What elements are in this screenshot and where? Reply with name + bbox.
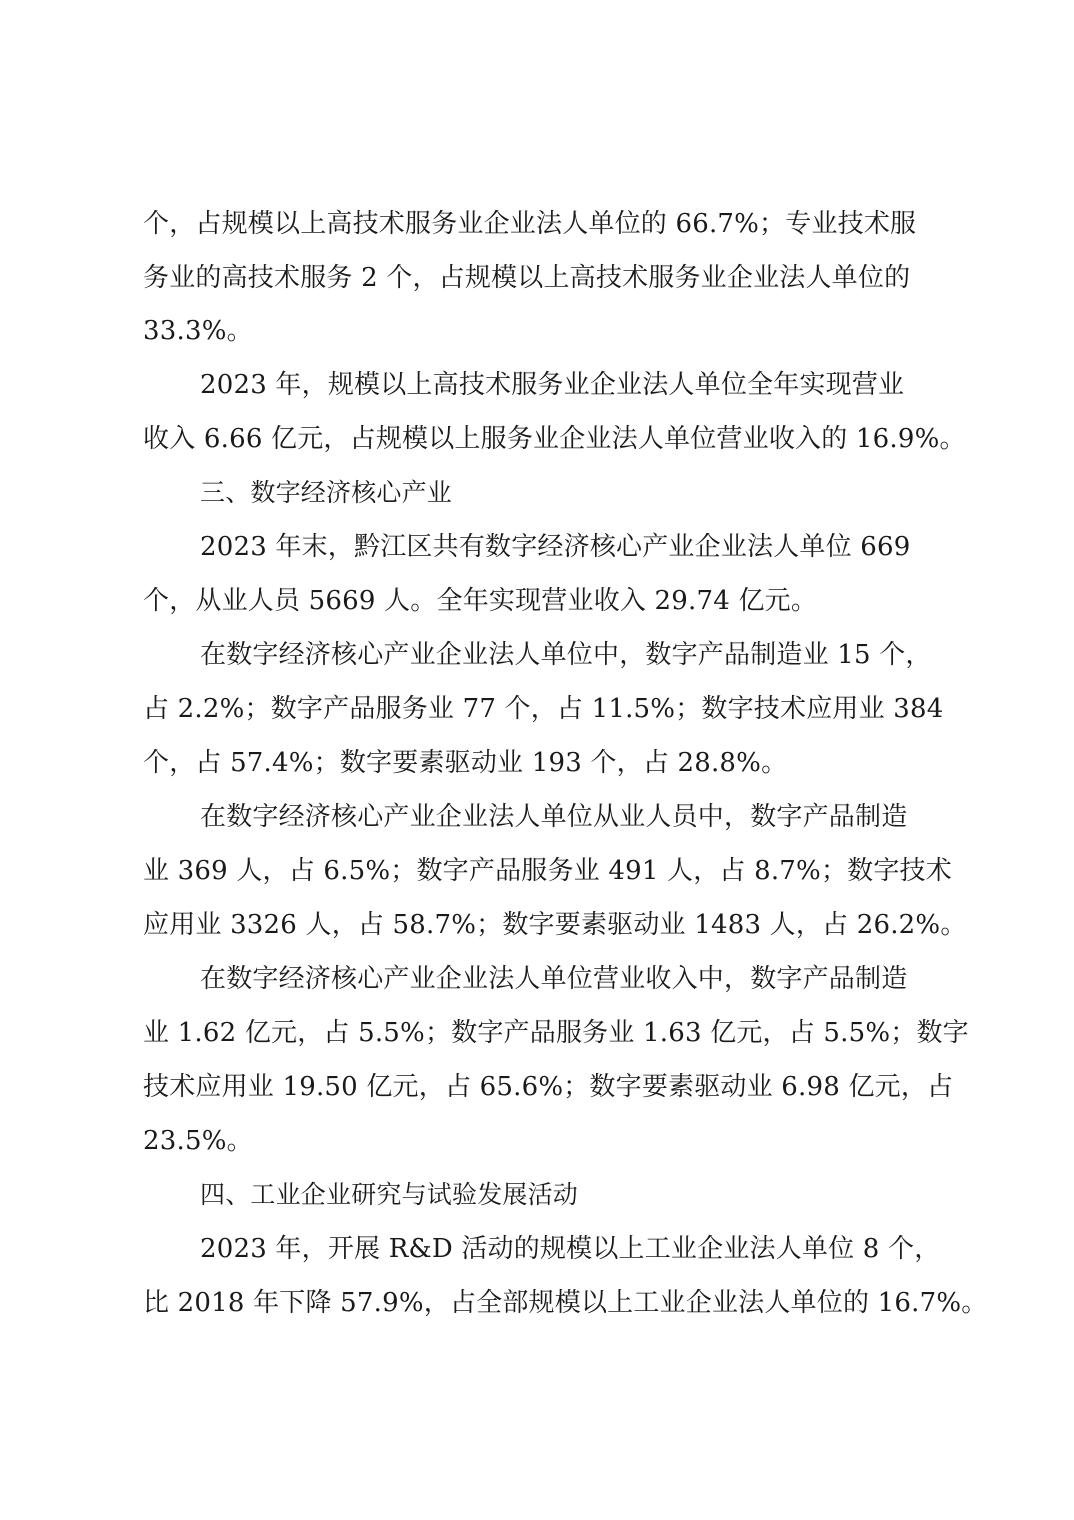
paragraph-line: 应用业 3326 人，占 58.7%；数字要素驱动业 1483 人，占 26.2… (143, 908, 963, 942)
paragraph-line: 收入 6.66 亿元，占规模以上服务业企业法人单位营业收入的 16.9%。 (143, 422, 963, 456)
paragraph-line: 在数字经济核心产业企业法人单位营业收入中，数字产品制造 (200, 962, 1020, 996)
paragraph-line: 在数字经济核心产业企业法人单位从业人员中，数字产品制造 (200, 800, 1020, 834)
paragraph-line: 在数字经济核心产业企业法人单位中，数字产品制造业 15 个， (200, 638, 1020, 672)
paragraph-line: 比 2018 年下降 57.9%，占全部规模以上工业企业法人单位的 16.7%。 (143, 1286, 963, 1320)
paragraph-line: 业 369 人，占 6.5%；数字产品服务业 491 人，占 8.7%；数字技术 (143, 854, 963, 888)
paragraph-line: 业 1.62 亿元，占 5.5%；数字产品服务业 1.63 亿元，占 5.5%；… (143, 1016, 963, 1050)
paragraph-line: 2023 年，规模以上高技术服务业企业法人单位全年实现营业 (200, 368, 1020, 402)
paragraph-line: 2023 年末，黔江区共有数字经济核心产业企业法人单位 669 (200, 530, 1020, 564)
paragraph-line: 技术应用业 19.50 亿元，占 65.6%；数字要素驱动业 6.98 亿元，占 (143, 1070, 963, 1104)
paragraph-line: 个，占 57.4%；数字要素驱动业 193 个，占 28.8%。 (143, 746, 963, 780)
paragraph-line: 23.5%。 (143, 1124, 963, 1158)
paragraph-line: 务业的高技术服务 2 个，占规模以上高技术服务业企业法人单位的 (143, 261, 963, 295)
paragraph-line: 占 2.2%；数字产品服务业 77 个，占 11.5%；数字技术应用业 384 (143, 692, 963, 726)
paragraph-line: 个，从业人员 5669 人。全年实现营业收入 29.74 亿元。 (143, 584, 963, 618)
section-heading: 三、数字经济核心产业 (200, 476, 1020, 510)
paragraph-line: 2023 年，开展 R&D 活动的规模以上工业企业法人单位 8 个， (200, 1232, 1020, 1266)
section-heading: 四、工业企业研究与试验发展活动 (200, 1178, 1020, 1212)
paragraph-line: 33.3%。 (143, 314, 963, 348)
document-page: 个，占规模以上高技术服务业企业法人单位的 66.7%；专业技术服 务业的高技术服… (0, 0, 1074, 1520)
paragraph-line: 个，占规模以上高技术服务业企业法人单位的 66.7%；专业技术服 (143, 207, 963, 241)
